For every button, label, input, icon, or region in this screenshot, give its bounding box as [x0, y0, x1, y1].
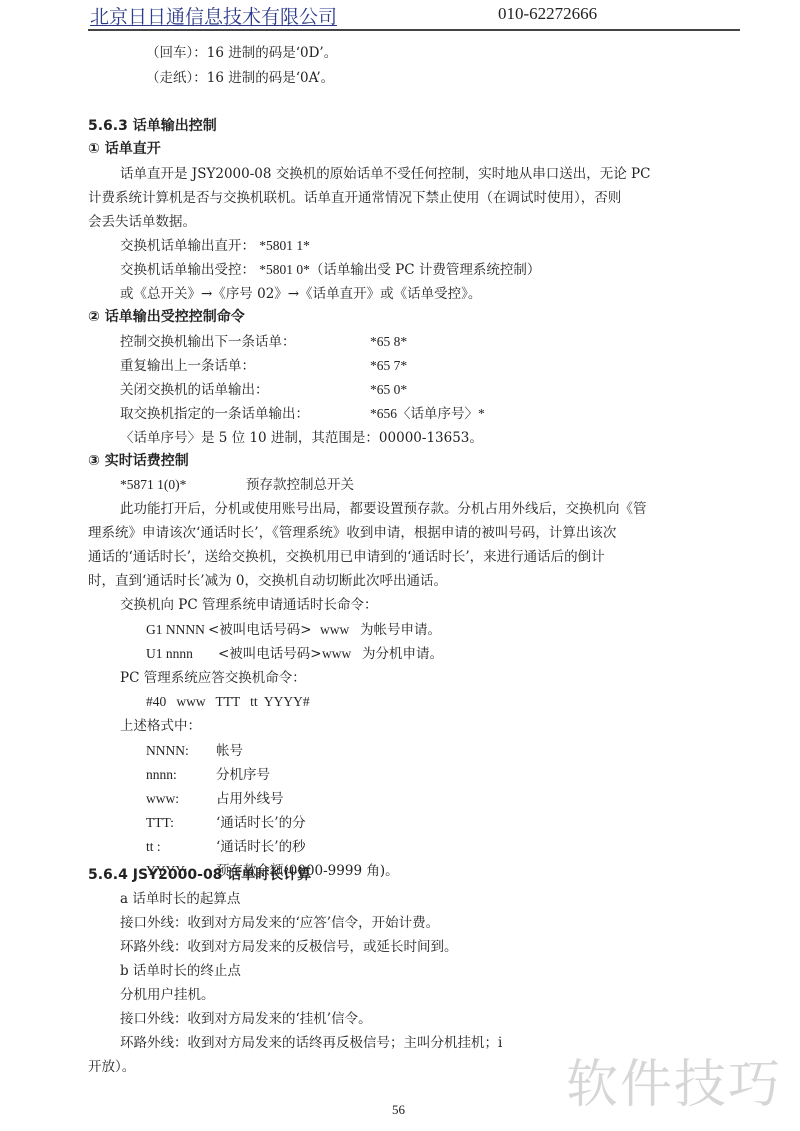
request-www: www	[320, 621, 360, 639]
reply-title: PC 管理系统应答交换机命令：	[120, 669, 306, 687]
field-row: TTT:‘通话时长’的分	[146, 814, 306, 832]
request-arg: <被叫电话号码>	[208, 621, 320, 639]
request-line: G1 NNNN<被叫电话号码>www为帐号申请。	[146, 621, 441, 639]
field-key: NNNN:	[146, 742, 216, 760]
body-line: 接口外线：收到对方局发来的‘挂机’信令。	[120, 1010, 372, 1028]
field-row: tt :‘通话时长’的秒	[146, 838, 306, 856]
section-title: 5.6.3 话单输出控制	[88, 117, 217, 135]
command-line: 取交换机指定的一条话单输出：*656〈话单序号〉*	[120, 405, 485, 423]
body-line: 开放）。	[88, 1058, 135, 1076]
field-key: tt :	[146, 838, 216, 856]
body-line: b 话单时长的终止点	[120, 962, 241, 980]
command-label: 交换机话单输出直开：	[120, 238, 255, 254]
field-key: TTT:	[146, 814, 216, 832]
paragraph-line: 会丢失话单数据。	[88, 213, 196, 231]
company-name: 北京日日通信息技术有限公司	[90, 2, 337, 29]
switch-label: 预存款控制总开关	[246, 477, 354, 493]
watermark: 软件技巧	[566, 1042, 782, 1117]
command-label: 重复输出上一条话单：	[120, 357, 370, 375]
command-label: 取交换机指定的一条话单输出：	[120, 405, 370, 423]
paragraph-line: 话单直开是 JSY2000-08 交换机的原始话单不受任何控制，实时地从串口送出…	[120, 165, 650, 183]
request-desc: 为分机申请。	[362, 646, 443, 662]
field-row: NNNN:帐号	[146, 742, 243, 760]
field-row: nnnn:分机序号	[146, 766, 270, 784]
command-label: 关闭交换机的话单输出：	[120, 381, 370, 399]
paragraph-line: 时，直到‘通话时长’减为 0，交换机自动切断此次呼出通话。	[88, 572, 447, 590]
format-title: 上述格式中：	[120, 717, 201, 735]
command-code: *65 0*	[370, 382, 407, 397]
subsection-title: ③ 实时话费控制	[88, 452, 189, 470]
page-number: 56	[392, 1102, 405, 1118]
section-title: 5.6.4 JSY2000-08 话单时长计算	[88, 866, 311, 884]
paragraph-line: 通话的‘通话时长’，送给交换机，交换机用已申请到的‘通话时长’，来进行通话后的倒…	[88, 548, 605, 566]
field-key: www:	[146, 790, 216, 808]
request-prefix: U1 nnnn	[146, 645, 218, 663]
command-line: 交换机话单输出直开： *5801 1*	[120, 237, 310, 255]
command-code: *656〈话单序号〉*	[370, 406, 485, 421]
header-rule	[88, 29, 740, 31]
request-title: 交换机向 PC 管理系统申请通话时长命令：	[120, 596, 378, 614]
reply-format: #40 www TTT tt YYYY#	[146, 693, 310, 711]
request-prefix: G1 NNNN	[146, 621, 208, 639]
field-desc: ‘通话时长’的分	[216, 815, 306, 831]
paragraph-line: 此功能打开后，分机或使用账号出局，都要设置预存款。分机占用外线后，交换机向《管	[120, 500, 647, 518]
page-header: 北京日日通信息技术有限公司 010-62272666	[88, 0, 740, 30]
menu-path: 或《总开关》→《序号 02》→《话单直开》或《话单受控》。	[120, 285, 481, 303]
request-www: www	[322, 645, 362, 663]
request-line: U1 nnnn<被叫电话号码>www为分机申请。	[146, 645, 443, 663]
subsection-title: ② 话单输出受控控制命令	[88, 308, 245, 326]
command-line: 关闭交换机的话单输出：*65 0*	[120, 381, 407, 399]
field-desc: 占用外线号	[216, 791, 284, 807]
command-note: （话单输出受 PC 计费管理系统控制）	[310, 262, 541, 278]
field-key: nnnn:	[146, 766, 216, 784]
body-line: 环路外线：收到对方局发来的反极信号，或延长时间到。	[120, 938, 458, 956]
command-label: 控制交换机输出下一条话单：	[120, 333, 370, 351]
subsection-title: ① 话单直开	[88, 140, 161, 158]
command-code: *5801 0*	[259, 262, 310, 277]
intro-line: （走纸）：16 进制的码是‘0A’。	[146, 69, 334, 87]
company-phone: 010-62272666	[498, 4, 597, 24]
body-line: 接口外线：收到对方局发来的‘应答’信令，开始计费。	[120, 914, 439, 932]
paragraph-line: 理系统》申请该次‘通话时长’，《管理系统》收到申请，根据申请的被叫号码，计算出该…	[88, 524, 616, 542]
command-line: 重复输出上一条话单：*65 7*	[120, 357, 407, 375]
body-line: 环路外线：收到对方局发来的话终再反极信号；主叫分机挂机；i	[120, 1034, 502, 1052]
field-desc: ‘通话时长’的秒	[216, 839, 306, 855]
command-line: 交换机话单输出受控： *5801 0*（话单输出受 PC 计费管理系统控制）	[120, 261, 540, 279]
command-code: *65 7*	[370, 358, 407, 373]
field-desc: 分机序号	[216, 767, 270, 783]
request-desc: 为帐号申请。	[360, 622, 441, 638]
command-code: *65 8*	[370, 334, 407, 349]
paragraph-line: 计费系统计算机是否与交换机联机。话单直开通常情况下禁止使用（在调试时使用），否则	[88, 189, 621, 207]
switch-line: *5871 1(0)*预存款控制总开关	[120, 476, 354, 494]
intro-line: （回车）：16 进制的码是‘0D’。	[146, 44, 337, 62]
range-note: 〈话单序号〉是 5 位 10 进制，其范围是：00000-13653。	[120, 429, 483, 447]
body-line: 分机用户挂机。	[120, 986, 215, 1004]
field-row: www:占用外线号	[146, 790, 284, 808]
command-code: *5801 1*	[259, 238, 310, 253]
field-desc: 帐号	[216, 743, 243, 759]
body-line: a 话单时长的起算点	[120, 890, 240, 908]
command-label: 交换机话单输出受控：	[120, 262, 255, 278]
switch-code: *5871 1(0)*	[120, 476, 246, 494]
command-line: 控制交换机输出下一条话单：*65 8*	[120, 333, 407, 351]
request-arg: <被叫电话号码>	[218, 645, 322, 663]
